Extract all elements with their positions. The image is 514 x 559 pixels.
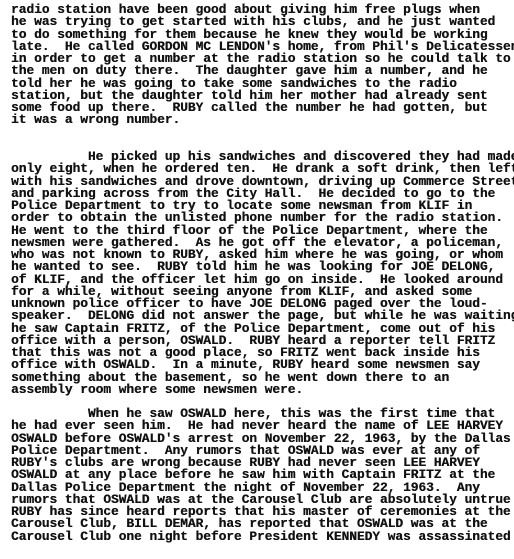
paragraph-2: He picked up his sandwiches and discover… (11, 151, 514, 396)
text-line: Carousel Club one night before President… (11, 531, 511, 543)
text-line: assembly room where some newsmen were. (11, 384, 514, 396)
document-page: radio station have been good about givin… (0, 0, 514, 559)
paragraph-1: radio station have been good about givin… (11, 4, 514, 127)
text-line: it was a wrong number. (11, 114, 514, 126)
paragraph-3: When he saw OSWALD here, this was the fi… (11, 408, 511, 543)
